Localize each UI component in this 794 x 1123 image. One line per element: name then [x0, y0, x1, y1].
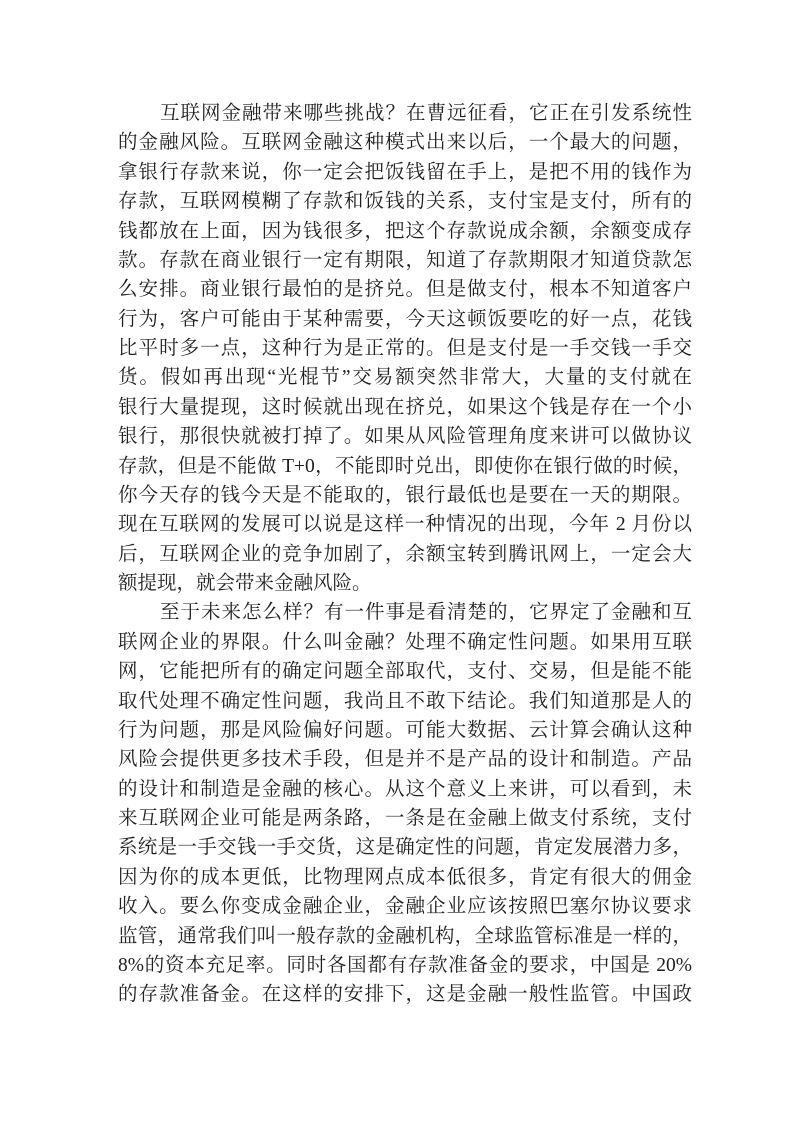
text-line: 存款，但是不能做 T+0，不能即时兑出，即使你在银行做的时候， [118, 452, 692, 481]
text-line: 风险会提供更多技术手段，但是并不是产品的设计和制造。产品 [118, 745, 692, 774]
text-line: 银行，那很快就被打掉了。如果从风险管理角度来讲可以做协议 [118, 422, 692, 451]
paragraph-1: 互联网金融带来哪些挑战？在曹远征看，它正在引发系统性 的金融风险。互联网金融这种… [118, 99, 692, 598]
text-line: 网，它能把所有的确定问题全部取代，支付、交易，但是能不能 [118, 657, 692, 686]
text-line: 互联网金融带来哪些挑战？在曹远征看，它正在引发系统性 [118, 99, 692, 128]
text-line: 么安排。商业银行最怕的是挤兑。但是做支付，根本不知道客户 [118, 275, 692, 304]
text-line: 行为，客户可能由于某种需要，今天这顿饭要吃的好一点，花钱 [118, 305, 692, 334]
text-line: 取代处理不确定性问题，我尚且不敢下结论。我们知道那是人的 [118, 687, 692, 716]
text-line: 后，互联网企业的竞争加剧了，余额宝转到腾讯网上，一定会大 [118, 540, 692, 569]
text-line: 来互联网企业可能是两条路，一条是在金融上做支付系统，支付 [118, 804, 692, 833]
text-line: 的金融风险。互联网金融这种模式出来以后，一个最大的问题， [118, 128, 692, 157]
text-line: 的设计和制造是金融的核心。从这个意义上来讲，可以看到，未 [118, 775, 692, 804]
text-line: 联网企业的界限。什么叫金融？处理不确定性问题。如果用互联 [118, 628, 692, 657]
text-line: 至于未来怎么样？有一件事是看清楚的，它界定了金融和互 [118, 598, 692, 627]
text-line: 存款，互联网模糊了存款和饭钱的关系，支付宝是支付，所有的 [118, 187, 692, 216]
text-line: 的存款准备金。在这样的安排下，这是金融一般性监管。中国政 [118, 980, 692, 1009]
text-line: 你今天存的钱今天是不能取的，银行最低也是要在一天的期限。 [118, 481, 692, 510]
text-line: 8%的资本充足率。同时各国都有存款准备金的要求，中国是 20% [118, 951, 692, 980]
text-line: 拿银行存款来说，你一定会把饭钱留在手上，是把不用的钱作为 [118, 158, 692, 187]
text-line: 比平时多一点，这种行为是正常的。但是支付是一手交钱一手交 [118, 334, 692, 363]
text-line: 额提现，就会带来金融风险。 [118, 569, 692, 598]
text-line: 银行大量提现，这时候就出现在挤兑，如果这个钱是存在一个小 [118, 393, 692, 422]
text-line: 现在互联网的发展可以说是这样一种情况的出现，今年 2 月份以 [118, 510, 692, 539]
text-block: 互联网金融带来哪些挑战？在曹远征看，它正在引发系统性 的金融风险。互联网金融这种… [118, 99, 692, 1010]
text-line: 行为问题，那是风险偏好问题。可能大数据、云计算会确认这种 [118, 716, 692, 745]
text-line: 监管，通常我们叫一般存款的金融机构，全球监管标准是一样的， [118, 922, 692, 951]
text-line: 款。存款在商业银行一定有期限，知道了存款期限才知道贷款怎 [118, 246, 692, 275]
text-line: 收入。要么你变成金融企业，金融企业应该按照巴塞尔协议要求 [118, 892, 692, 921]
text-line: 货。假如再出现“光棍节”交易额突然非常大，大量的支付就在 [118, 363, 692, 392]
text-line: 因为你的成本更低，比物理网点成本低很多，肯定有很大的佣金 [118, 863, 692, 892]
paragraph-2: 至于未来怎么样？有一件事是看清楚的，它界定了金融和互 联网企业的界限。什么叫金融… [118, 598, 692, 1009]
document-page: 互联网金融带来哪些挑战？在曹远征看，它正在引发系统性 的金融风险。互联网金融这种… [0, 0, 794, 1123]
text-line: 钱都放在上面，因为钱很多，把这个存款说成余额，余额变成存 [118, 217, 692, 246]
text-line: 系统是一手交钱一手交货，这是确定性的问题，肯定发展潜力多， [118, 833, 692, 862]
